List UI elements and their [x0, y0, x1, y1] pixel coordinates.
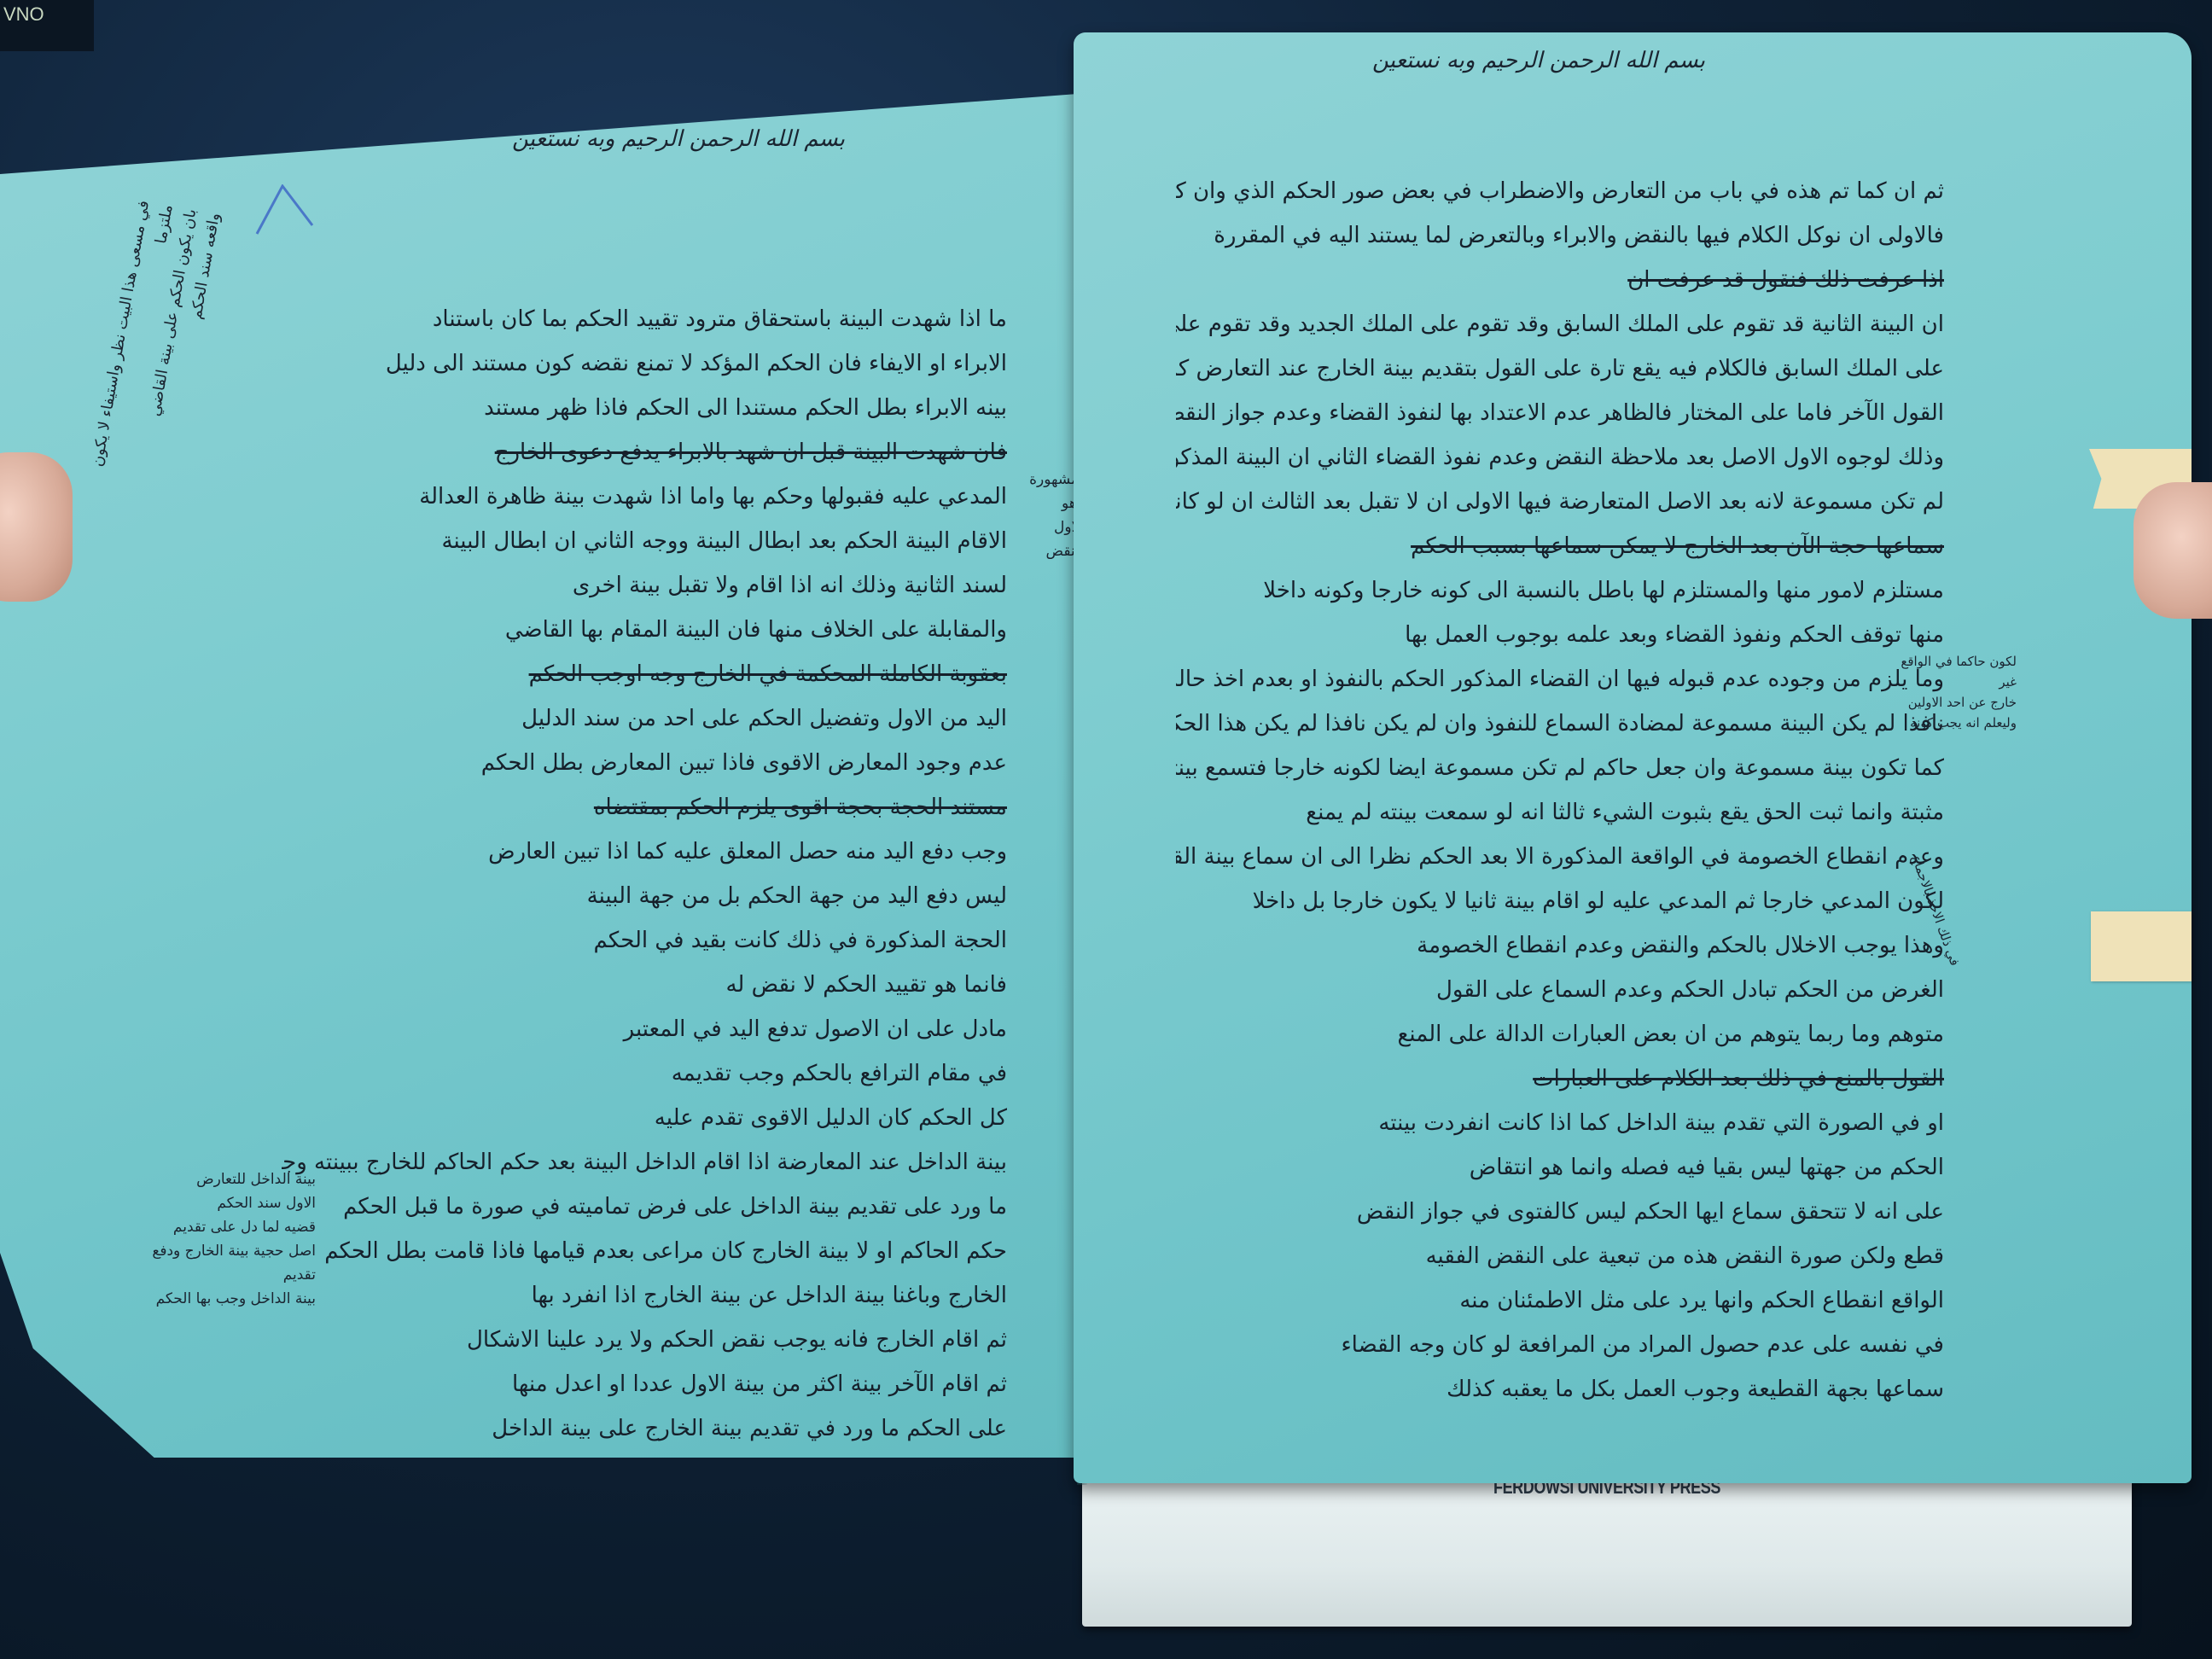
text-line: عدم وجود المعارض الاقوى فاذا تبين المعار…	[282, 741, 1007, 785]
text-line: ثم ان كما تم هذه في باب من التعارض والاض…	[1176, 169, 1944, 213]
text-line: لم تكن مسموعة لانه بعد الاصل المتعارضة ف…	[1176, 480, 1944, 524]
text-line: او في الصورة التي تقدم بينة الداخل كما ا…	[1176, 1101, 1944, 1145]
right-page-margin-note: لكون حاكما في الواقع غير خارج عن احد الا…	[1889, 651, 2017, 733]
text-line: الاقام البينة الحكم بعد ابطال البينة ووج…	[282, 519, 1007, 563]
manuscript-photo-scene: VNO FERDOWSI UNIVERSITY PRESS بسم الله ا…	[0, 0, 2212, 1659]
text-line: الغرض من الحكم تبادل الحكم وعدم السماع ع…	[1176, 968, 1944, 1012]
text-line: الخارج وباغنا بينة الداخل عن بينة الخارج…	[282, 1273, 1007, 1318]
struck-text-line: بعقوبة الكاملة المحكمة في الخارج وجه اوج…	[282, 652, 1007, 696]
left-page: بسم الله الرحمن الرحيم وبه نستعين في مسع…	[0, 92, 1101, 1458]
struck-text-line: فان شهدت البينة قبل ان شهد بالابراء يدفع…	[282, 430, 1007, 474]
struck-text-line: اذا عرفت ذلك فنقول قد عرفت ان	[1176, 258, 1944, 302]
text-line: المدعي عليه فقبولها وحكم بها واما اذا شه…	[282, 474, 1007, 519]
text-line: بينة الداخل عند المعارضة اذا اقام الداخل…	[282, 1140, 1007, 1185]
struck-text-line: سماعها حجة الآن بعد الخارج لا يمكن سماعه…	[1176, 524, 1944, 568]
text-line: في نفسه على عدم حصول المراد من المرافعة …	[1176, 1323, 1944, 1367]
text-line: الابراء او الايفاء فان الحكم المؤكد لا ت…	[282, 341, 1007, 386]
text-line: الحجة المذكورة في ذلك كانت بقيد في الحكم	[282, 918, 1007, 963]
text-line: على الملك السابق فالكلام فيه يقع تارة عل…	[1176, 346, 1944, 391]
text-line: وذلك لوجوه الاول الاصل بعد ملاحظة النقض …	[1176, 435, 1944, 480]
text-line: على الحكم ما ورد في تقديم بينة الخارج عل…	[282, 1406, 1007, 1451]
text-line: القول الآخر فاما على المختار فالظاهر عدم…	[1176, 391, 1944, 435]
text-line: مستلزم لامور منها والمستلزم لها باطل بال…	[1176, 568, 1944, 613]
text-line: نافذا لم يكن البينة مسموعة لمضادة السماع…	[1176, 701, 1944, 746]
text-line: فالاولى ان نوكل الكلام فيها بالنقض والاب…	[1176, 213, 1944, 258]
underlying-book: FERDOWSI UNIVERSITY PRESS	[1082, 1475, 2132, 1627]
right-page: بسم الله الرحمن الرحيم وبه نستعين ثم ان …	[1074, 32, 2192, 1483]
text-line: مثبتة وانما ثبت الحق يقع بثبوت الشيء ثال…	[1176, 790, 1944, 835]
text-line: ثم اقام الآخر بينة اكثر من بينة الاول عد…	[282, 1362, 1007, 1406]
text-line: بينه الابراء بطل الحكم مستندا الى الحكم …	[282, 386, 1007, 430]
text-line: ثم اقام الخارج فانه يوجب نقض الحكم ولا ي…	[282, 1318, 1007, 1362]
left-thumb	[0, 452, 73, 602]
text-line: وعدم انقطاع الخصومة في الواقعة المذكورة …	[1176, 835, 1944, 879]
text-line: سماعها بجهة القطيعة وجوب العمل بكل ما يع…	[1176, 1367, 1944, 1412]
left-page-body-text: ما اذا شهدت البينة باستحقاق مترود تقييد …	[282, 297, 1007, 1451]
text-line: منها توقف الحكم ونفوذ القضاء وبعد علمه ب…	[1176, 613, 1944, 657]
text-line: وهذا يوجب الاخلال بالحكم والنقض وعدم انق…	[1176, 923, 1944, 968]
margin-note-line: وليعلم انه يجب كونه	[1889, 713, 2017, 733]
left-page-invocation: بسم الله الرحمن الرحيم وبه نستعين	[512, 126, 845, 152]
text-line: الواقع انقطاع الحكم وانها يرد على مثل ال…	[1176, 1278, 1944, 1323]
text-line: وما يلزم من وجوده عدم قبوله فيها ان القض…	[1176, 657, 1944, 701]
text-line: كل الحكم كان الدليل الاقوى تقدم عليه	[282, 1096, 1007, 1140]
margin-note-line: لكون حاكما في الواقع غير	[1889, 651, 2017, 692]
text-line: لكون المدعي خارجا ثم المدعي عليه لو اقام…	[1176, 879, 1944, 923]
text-line: حكم الحاكم او لا بينة الخارج كان مراعى ب…	[282, 1229, 1007, 1273]
text-line: في مقام الترافع بالحكم وجب تقديمه	[282, 1051, 1007, 1096]
paper-slip-lower	[2091, 911, 2192, 981]
text-line: فانما هو تقييد الحكم لا نقض له	[282, 963, 1007, 1007]
text-line: وجب دفع اليد منه حصل المعلق عليه كما اذا…	[282, 829, 1007, 874]
right-page-invocation: بسم الله الرحمن الرحيم وبه نستعين	[1372, 48, 1705, 73]
left-page-top-margin-note: في مسعى هذا البيت نظر واستيفاء لا يكون م…	[85, 199, 227, 485]
struck-text-line: القول بالمنع في ذلك بعد الكلام على العبا…	[1176, 1057, 1944, 1101]
right-thumb	[2133, 482, 2212, 619]
text-line: لسند الثانية وذلك انه اذا اقام ولا تقبل …	[282, 563, 1007, 608]
corner-label: VNO	[3, 3, 44, 26]
text-line: ان البينة الثانية قد تقوم على الملك السا…	[1176, 302, 1944, 346]
text-line: الحكم من جهتها ليس بقيا فيه فصله وانما ه…	[1176, 1145, 1944, 1190]
text-line: ما اذا شهدت البينة باستحقاق مترود تقييد …	[282, 297, 1007, 341]
text-line: على انه لا تتحقق سماع ايها الحكم ليس كال…	[1176, 1190, 1944, 1234]
margin-note-line: خارج عن احد الاولين	[1889, 692, 2017, 713]
text-line: ليس دفع اليد من جهة الحكم بل من جهة البي…	[282, 874, 1007, 918]
text-line: اليد من الاول وتفضيل الحكم على احد من سن…	[282, 696, 1007, 741]
text-line: مادل على ان الاصول تدفع اليد في المعتبر	[282, 1007, 1007, 1051]
text-line: ما ورد على تقديم بينة الداخل على فرض تما…	[282, 1185, 1007, 1229]
struck-text-line: مستند الحجة بحجة اقوى يلزم الحكم بمقتضاه	[282, 785, 1007, 829]
corner-card: VNO	[0, 0, 94, 51]
text-line: قطع ولكن صورة النقض هذه من تبعية على الن…	[1176, 1234, 1944, 1278]
text-line: متوهم وما ربما يتوهم من ان بعض العبارات …	[1176, 1012, 1944, 1057]
text-line: والمقابلة على الخلاف منها فان البينة الم…	[282, 608, 1007, 652]
text-line: كما تكون بينة مسموعة وان جعل حاكم لم تكن…	[1176, 746, 1944, 790]
pencil-chevron-mark	[253, 184, 329, 236]
right-page-body-text: ثم ان كما تم هذه في باب من التعارض والاض…	[1176, 169, 1944, 1412]
